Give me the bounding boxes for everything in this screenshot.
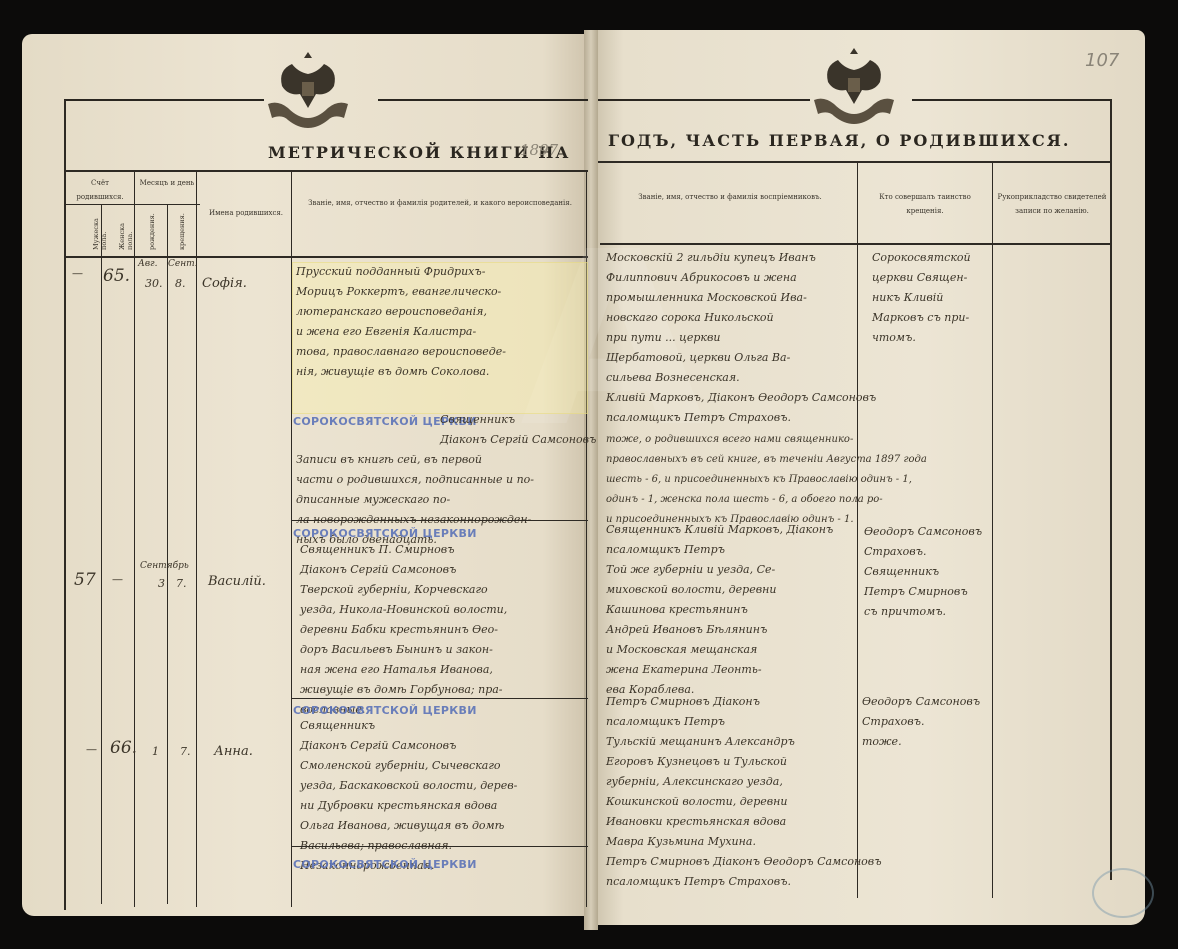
record3-female-no: 66. (110, 738, 137, 758)
record2-performed: Ѳеодоръ Самсоновъ Страховъ. Священникъ П… (864, 522, 982, 622)
record2-born-day: 3 (158, 574, 165, 594)
record1-parents-signature: Священникъ Діаконъ Сергій Самсоновъ (440, 410, 596, 450)
record1-month-baptized: Сент. (168, 254, 198, 274)
col-line (196, 172, 197, 907)
header-sub-rule (66, 204, 200, 205)
header-top-rule-left (64, 170, 588, 172)
record3-name: Анна. (214, 742, 253, 762)
header-name: Имена родившихся. (200, 206, 292, 220)
header-baptized-day: крещения. (178, 212, 186, 250)
imperial-eagle-icon (262, 44, 354, 136)
record3-parents-signature: Священникъ Діаконъ Сергій Самсоновъ (300, 716, 456, 756)
summary-note-right: тоже, о родившихся всего нами священнико… (606, 430, 927, 530)
record2-baptized-day: 7. (176, 574, 187, 594)
title-right: ГОДЪ, ЧАСТЬ ПЕРВАЯ, О РОДИВШИХСЯ. (608, 131, 1070, 150)
header-signatures: Рукоприкладство свидетелей записи по жел… (996, 190, 1108, 218)
frame-top-rule-right (598, 99, 810, 101)
header-born-day: рождения. (148, 212, 156, 250)
record3-godparents: Петръ Смирновъ Діаконъ псаломщикъ Петръ … (606, 692, 795, 852)
header-top-rule-right (598, 161, 1110, 163)
record1-baptized-day: 8. (175, 274, 186, 294)
frame-top-rule-left (64, 99, 264, 101)
year-handwritten: 1897 (520, 141, 558, 159)
record1-born-day: 30. (145, 274, 163, 294)
col-line (992, 163, 993, 898)
record3-male-no: — (86, 740, 97, 760)
record1-name: Софія. (202, 274, 247, 294)
record3-performed: Ѳеодоръ Самсоновъ Страховъ. тоже. (862, 692, 980, 752)
header-male: Мужеска пола. (92, 212, 108, 250)
record2-female-no: — (112, 570, 123, 590)
record2-parents-signature: Священникъ П. Смирновъ Діаконъ Сергій Са… (300, 540, 456, 580)
row-divider (292, 846, 588, 847)
imperial-eagle-icon-right (808, 40, 900, 132)
record1-performed: Сорокосвятской церкви Священ- никъ Кливі… (872, 248, 971, 348)
header-born-count: Счёт родившихся. (68, 176, 132, 204)
record1-month-born: Авг. (138, 254, 157, 274)
record2-month-born: Сентябрь (140, 556, 189, 576)
frame-left-border (64, 100, 66, 910)
record1-male-no: — (72, 264, 83, 284)
col-line (167, 204, 168, 904)
archive-seal (1092, 868, 1154, 918)
record2-name: Василій. (208, 572, 266, 592)
col-line (134, 172, 135, 907)
page-number: 107 (1085, 50, 1119, 71)
record3-baptized-day: 7. (180, 742, 191, 762)
record2-male-no: 57 (74, 570, 96, 590)
frame-top-rule-right2 (912, 99, 1112, 101)
col-line (857, 163, 858, 898)
record2-godparents: Священникъ Кливій Марковъ, Діаконъ псало… (606, 520, 833, 700)
church-stamp: СОРОКОСВЯТСКОЙ ЦЕРКВИ (293, 858, 477, 871)
header-performed: Кто совершалъ таинство крещенія. (860, 190, 990, 218)
col-line (101, 204, 102, 904)
record1-female-no: 65. (103, 266, 130, 286)
record3-born-day: 1 (152, 742, 159, 762)
row-divider (292, 698, 588, 699)
row-divider (292, 520, 588, 521)
header-female: Женска пола. (118, 212, 134, 250)
header-month-day: Месяцъ и день (137, 176, 197, 190)
frame-right-border (1110, 100, 1112, 880)
record1-godparents: Московскій 2 гильдіи купецъ Иванъ Филипп… (606, 248, 816, 388)
frame-top-rule-left2 (378, 99, 588, 101)
record3-signatures: Петръ Смирновъ Діаконъ Ѳеодоръ Самсоновъ… (606, 852, 882, 892)
church-stamp: СОРОКОСВЯТСКОЙ ЦЕРКВИ (293, 527, 477, 540)
record1-parents: Прусский подданный Фридрихъ- Морицъ Рокк… (296, 262, 506, 382)
record1-signatures: Кливій Марковъ, Діаконъ Ѳеодоръ Самсонов… (606, 388, 876, 428)
